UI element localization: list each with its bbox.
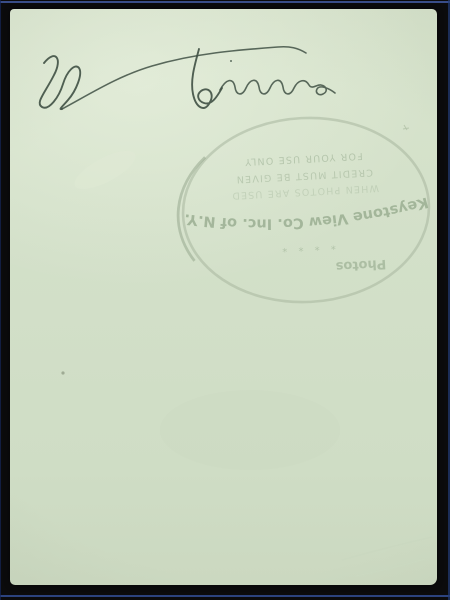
stamp-photos-label: Photos — [335, 256, 387, 274]
stamp-stars: * * * * — [278, 240, 336, 254]
keystone-stamp: Photos * * * * Keystone View Co. Inc. of… — [173, 112, 434, 309]
stamp-company-line: Keystone View Co. Inc. of N.Y. — [182, 193, 430, 236]
page-markings: Photos * * * * Keystone View Co. Inc. of… — [0, 0, 450, 600]
stamp-line-when: WHEN PHOTOS ARE USED — [231, 182, 379, 201]
signature-stroke-b-loops — [40, 56, 81, 109]
stamp-line-credit: CREDIT MUST BE GIVEN — [235, 166, 373, 184]
signature-stroke-sweep — [62, 47, 306, 109]
signature-stroke-immons — [220, 80, 335, 94]
stamp-line-use-only: FOR YOUR USE ONLY — [244, 150, 363, 167]
signature-i-dot — [230, 60, 232, 62]
signature-bob-fitzsimmons — [40, 47, 335, 109]
photo-of-signed-page: Photos * * * * Keystone View Co. Inc. of… — [0, 0, 450, 600]
signature-stroke-tz — [192, 49, 222, 108]
